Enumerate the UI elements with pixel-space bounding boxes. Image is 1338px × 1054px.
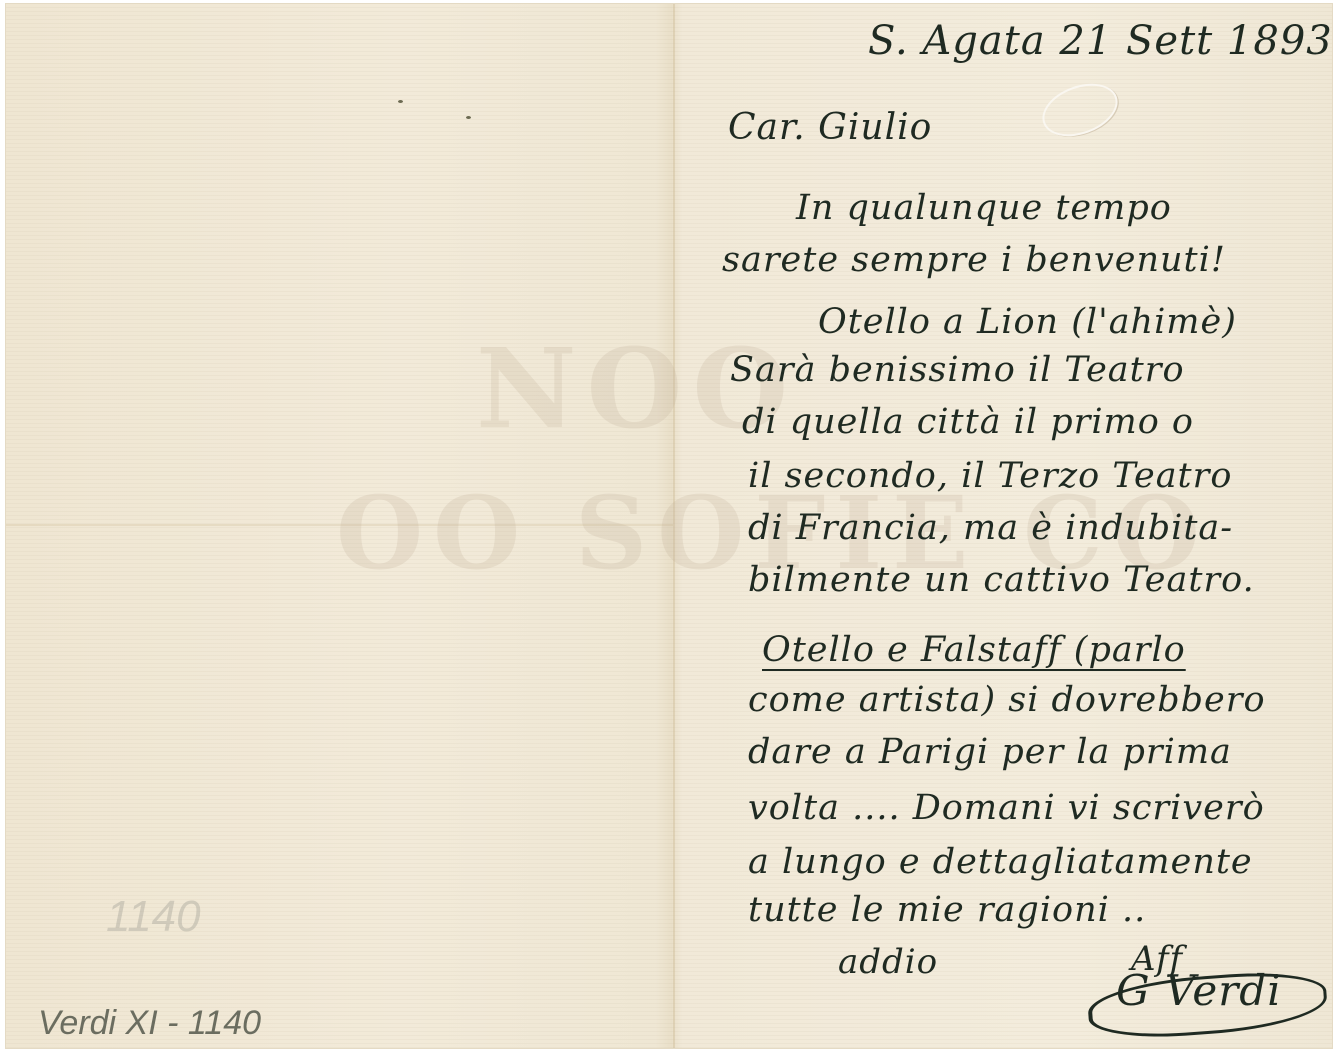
letter-line: il secondo, il Terzo Teatro xyxy=(748,456,1232,496)
letter-line-underlined: Otello e Falstaff (parlo xyxy=(762,630,1186,670)
letter-closing: addio xyxy=(838,942,938,982)
letter-line: sarete sempre i benvenuti! xyxy=(722,240,1226,280)
letter-line: bilmente un cattivo Teatro. xyxy=(748,560,1255,600)
letter-sheet: NOO OO SOFIE CO S. Agata 21 Sett 1893 Ca… xyxy=(6,4,1332,1048)
archive-reference: Verdi XI - 1140 xyxy=(38,1004,261,1043)
letter-signature: G Verdi xyxy=(1116,966,1282,1015)
letter-line: a lungo e dettagliatamente xyxy=(748,842,1253,882)
letter-salutation: Car. Giulio xyxy=(728,107,932,148)
ink-speck xyxy=(466,116,471,119)
letter-dateline: S. Agata 21 Sett 1893 xyxy=(868,18,1333,64)
letter-line: tutte le mie ragioni .. xyxy=(748,890,1146,930)
letter-line: Otello a Lion (l'ahimè) xyxy=(818,302,1237,342)
ink-speck xyxy=(398,100,403,103)
letter-line: In qualunque tempo xyxy=(796,188,1172,228)
letter-line: Sarà benissimo il Teatro xyxy=(730,350,1185,390)
letter-line: volta .... Domani vi scriverò xyxy=(748,788,1265,828)
letter-line: dare a Parigi per la prima xyxy=(748,732,1232,772)
letter-line: di Francia, ma è indubita- xyxy=(748,508,1233,548)
embossed-stamp-icon xyxy=(1035,74,1125,146)
faint-pencil-number: 1140 xyxy=(106,892,201,942)
letter-line: come artista) si dovrebbero xyxy=(748,680,1266,720)
letter-line: di quella città il primo o xyxy=(742,402,1194,442)
